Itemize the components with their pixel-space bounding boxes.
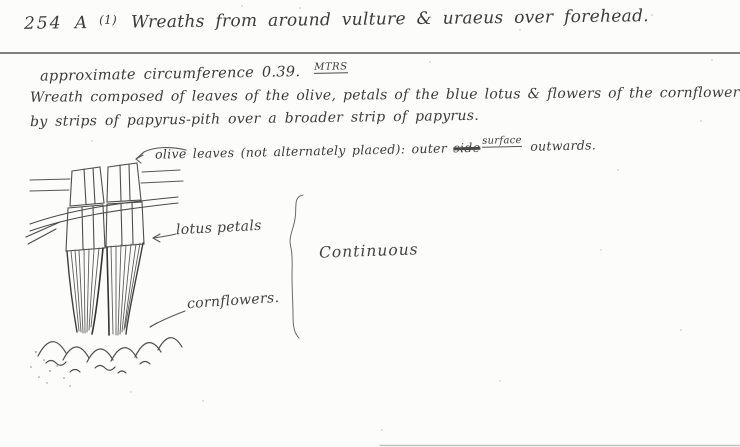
inserted-word: surface <box>482 135 522 148</box>
lower-sheaths <box>66 202 144 251</box>
petal-bundles <box>67 243 143 335</box>
continuous-brace <box>290 195 303 338</box>
side-strokes <box>30 170 183 191</box>
upper-sheaths <box>70 163 141 206</box>
object-part-number: (1) <box>99 13 117 27</box>
struck-word: side <box>453 140 480 156</box>
object-number: 254 A <box>24 13 89 34</box>
unit-abbreviation: MTRS <box>314 61 348 74</box>
olive-note-post: outwards. <box>530 137 596 153</box>
divider-rule <box>0 52 740 54</box>
cornflower-heads <box>38 338 182 373</box>
notebook-page: 254 A(1)Wreaths from around vulture & ur… <box>0 0 740 447</box>
lotus-label-arrow <box>153 234 176 242</box>
label-continuous: Continuous <box>319 240 419 261</box>
cornflower-label-line <box>150 311 185 327</box>
